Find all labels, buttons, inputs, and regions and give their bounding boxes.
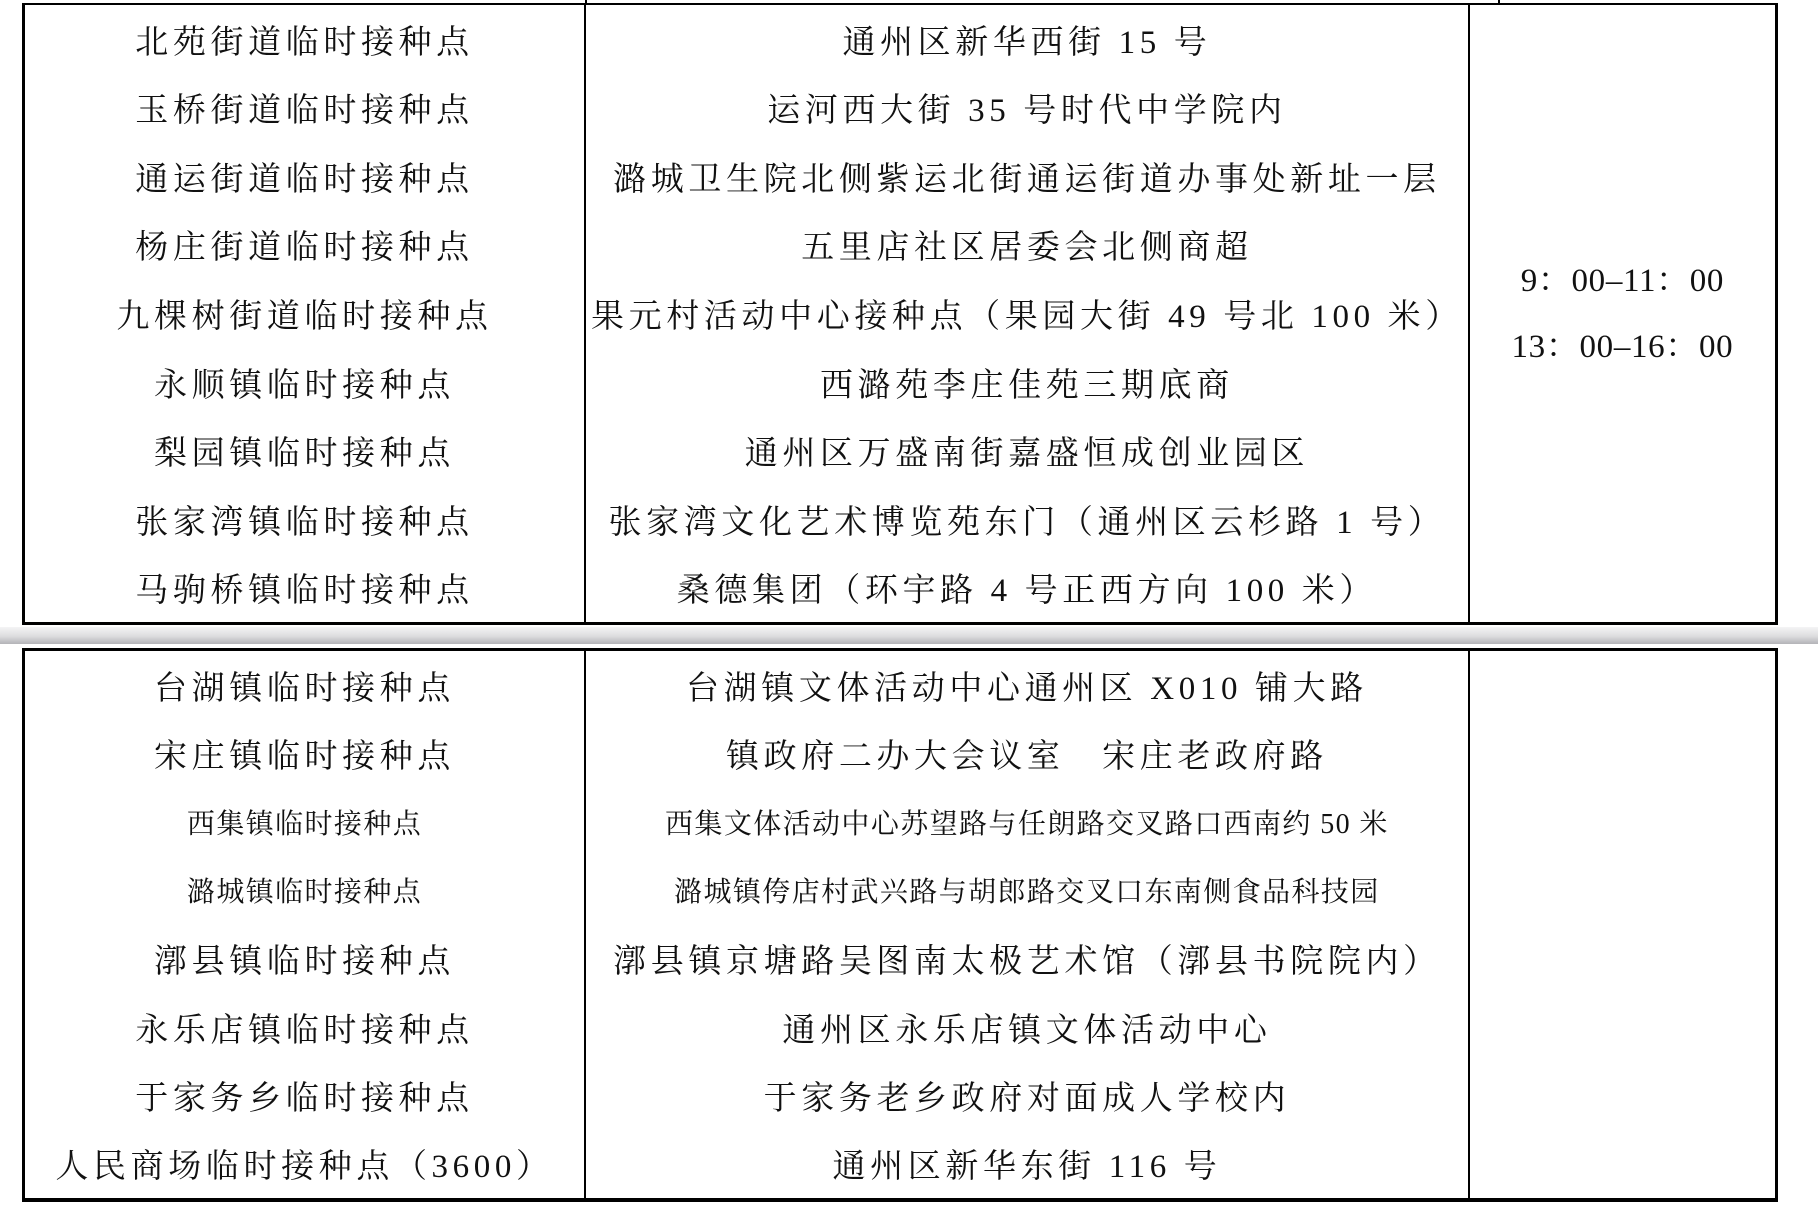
address-column: 通州区新华西街 15 号运河西大街 35 号时代中学院内潞城卫生院北侧紫运北街通… xyxy=(586,5,1470,622)
address-cell: 于家务老乡政府对面成人学校内 xyxy=(586,1061,1468,1129)
segment-separator xyxy=(0,627,1818,644)
site-name-cell: 梨园镇临时接种点 xyxy=(25,416,584,485)
address-cell: 通州区万盛南街嘉盛恒成创业园区 xyxy=(586,416,1468,485)
address-cell: 通州区新华西街 15 号 xyxy=(586,5,1468,74)
address-cell: 西集文体活动中心苏望路与任朗路交叉路口西南约 50 米 xyxy=(586,788,1468,856)
address-column: 台湖镇文体活动中心通州区 X010 铺大路镇政府二办大会议室 宋庄老政府路西集文… xyxy=(586,651,1470,1198)
address-cell: 台湖镇文体活动中心通州区 X010 铺大路 xyxy=(586,651,1468,719)
table-grid: 北苑街道临时接种点玉桥街道临时接种点通运街道临时接种点杨庄街道临时接种点九棵树街… xyxy=(25,5,1775,622)
address-cell: 张家湾文化艺术博览苑东门（通州区云杉路 1 号） xyxy=(586,485,1468,554)
site-name-cell: 张家湾镇临时接种点 xyxy=(25,485,584,554)
address-cell: 潞城镇侉店村武兴路与胡郎路交叉口东南侧食品科技园 xyxy=(586,856,1468,924)
time-range: 13：00–16：00 xyxy=(1512,314,1734,380)
site-name-cell: 通运街道临时接种点 xyxy=(25,142,584,211)
table-grid: 台湖镇临时接种点宋庄镇临时接种点西集镇临时接种点潞城镇临时接种点漷县镇临时接种点… xyxy=(25,651,1775,1198)
site-name-cell: 潞城镇临时接种点 xyxy=(25,856,584,924)
table-section-1: 北苑街道临时接种点玉桥街道临时接种点通运街道临时接种点杨庄街道临时接种点九棵树街… xyxy=(22,3,1778,625)
site-name-cell: 玉桥街道临时接种点 xyxy=(25,74,584,143)
address-cell: 果元村活动中心接种点（果园大街 49 号北 100 米） xyxy=(586,279,1468,348)
time-range: 9：00–11：00 xyxy=(1521,248,1724,314)
time-column xyxy=(1470,651,1775,1198)
site-name-cell: 漷县镇临时接种点 xyxy=(25,925,584,993)
site-name-cell: 马驹桥镇临时接种点 xyxy=(25,554,584,623)
site-name-cell: 于家务乡临时接种点 xyxy=(25,1061,584,1129)
site-name-cell: 人民商场临时接种点（3600） xyxy=(25,1130,584,1198)
address-cell: 五里店社区居委会北侧商超 xyxy=(586,211,1468,280)
site-column: 台湖镇临时接种点宋庄镇临时接种点西集镇临时接种点潞城镇临时接种点漷县镇临时接种点… xyxy=(25,651,586,1198)
address-cell: 通州区永乐店镇文体活动中心 xyxy=(586,993,1468,1061)
address-cell: 运河西大街 35 号时代中学院内 xyxy=(586,74,1468,143)
address-cell: 通州区新华东街 116 号 xyxy=(586,1130,1468,1198)
site-name-cell: 杨庄街道临时接种点 xyxy=(25,211,584,280)
site-name-cell: 西集镇临时接种点 xyxy=(25,788,584,856)
site-name-cell: 宋庄镇临时接种点 xyxy=(25,719,584,787)
address-cell: 桑德集团（环宇路 4 号正西方向 100 米） xyxy=(586,554,1468,623)
site-name-cell: 北苑街道临时接种点 xyxy=(25,5,584,74)
site-column: 北苑街道临时接种点玉桥街道临时接种点通运街道临时接种点杨庄街道临时接种点九棵树街… xyxy=(25,5,586,622)
site-name-cell: 九棵树街道临时接种点 xyxy=(25,279,584,348)
time-column: 9：00–11：0013：00–16：00 xyxy=(1470,5,1775,622)
site-name-cell: 永乐店镇临时接种点 xyxy=(25,993,584,1061)
address-cell: 漷县镇京塘路吴图南太极艺术馆（漷县书院院内） xyxy=(586,925,1468,993)
site-name-cell: 台湖镇临时接种点 xyxy=(25,651,584,719)
table-section-2: 台湖镇临时接种点宋庄镇临时接种点西集镇临时接种点潞城镇临时接种点漷县镇临时接种点… xyxy=(22,648,1778,1202)
address-cell: 镇政府二办大会议室 宋庄老政府路 xyxy=(586,719,1468,787)
address-cell: 西潞苑李庄佳苑三期底商 xyxy=(586,348,1468,417)
address-cell: 潞城卫生院北侧紫运北街通运街道办事处新址一层 xyxy=(586,142,1468,211)
site-name-cell: 永顺镇临时接种点 xyxy=(25,348,584,417)
